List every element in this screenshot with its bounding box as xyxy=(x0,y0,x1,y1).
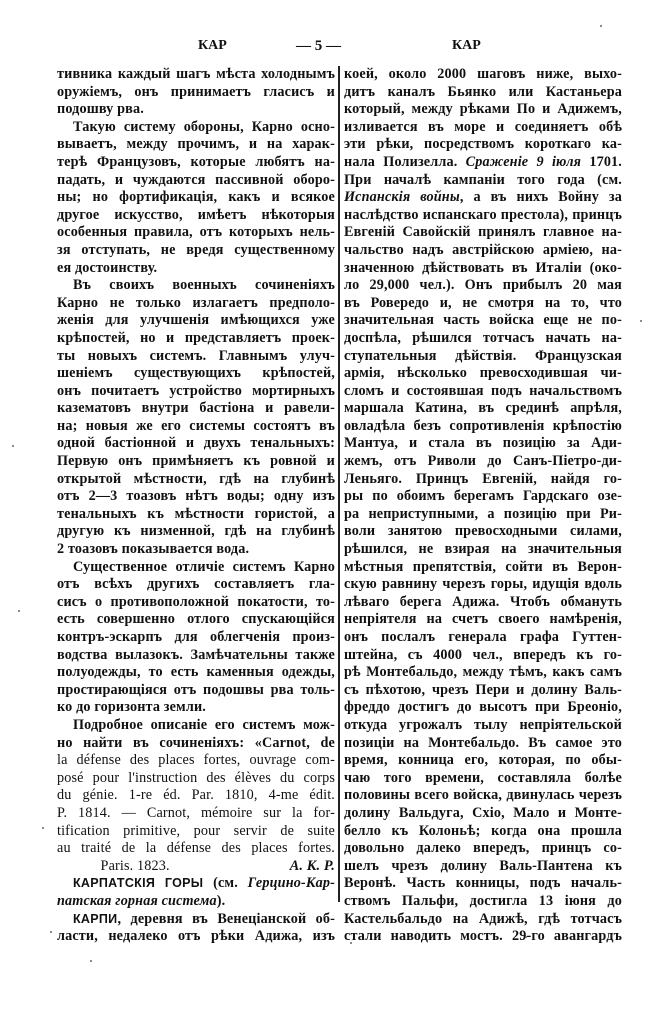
text-line: контръ-эскарпъ для облегченія произ- xyxy=(57,629,335,647)
entry-text: , деревня въ Венеціанской об- xyxy=(117,911,335,927)
text-line: Такую систему обороны, Карно осно- xyxy=(57,119,335,137)
text-line: овладѣла безъ сопротивленія крѣпостію xyxy=(344,418,622,436)
scan-speck xyxy=(12,445,14,447)
line-text: довольно далеко впередъ, принцъ со- xyxy=(344,840,622,856)
line-text: крѣпостей, но и представляетъ проек- xyxy=(57,330,335,346)
line-text: штейна, съ 4000 чел., впередъ къ го- xyxy=(344,647,622,663)
line-text: но найти въ сочиненіяхъ: «Carnot, de xyxy=(57,735,335,751)
line-text: сломъ и состоявшая подъ начальствомъ xyxy=(344,383,622,399)
line-text: маршала Катина, въ срединѣ апрѣля, xyxy=(344,400,622,416)
text-line: Веронѣ. Часть конницы, подъ началь- xyxy=(344,875,622,893)
line-text: шеніемъ существующихъ крѣпостей, xyxy=(57,365,335,381)
line-text: ты новыхъ системъ. Главнымъ улуч- xyxy=(57,348,335,364)
line-text: сисъ о противоположной покатости, то- xyxy=(57,594,335,610)
text-line: полуодежды, то есть каменныя одежды, xyxy=(57,664,335,682)
scan-speck xyxy=(350,942,352,944)
text-line: Въ своихъ военныхъ сочиненіяхъ xyxy=(57,277,335,295)
text-line: жемъ, отъ Риволи до Санъ-Піетро-ди- xyxy=(344,453,622,471)
text-line: который, между рѣками По и Адижемъ, xyxy=(344,101,622,119)
text-line: онъ почитаетъ устройство мортирныхъ xyxy=(57,383,335,401)
scan-speck xyxy=(600,25,602,27)
page-number: — 5 — xyxy=(296,38,341,55)
text-line: стали наводить мостъ. 29-го авангардъ xyxy=(344,928,622,946)
text-line: тивника каждый шагъ мѣста холоднымъ xyxy=(57,66,335,84)
line-text: долину Вальдуга, Схіо, Мало и Монте- xyxy=(344,805,622,821)
text-line: tification primitive, pour servir de sui… xyxy=(57,823,335,841)
text-line: Евгеній Савойскій принялъ главное на- xyxy=(344,224,622,242)
text-line: другую къ низменной, гдѣ на глубинѣ xyxy=(57,523,335,541)
see-suffix: ). xyxy=(217,893,226,909)
line-text: рѣ Монтебальдо, между тѣмъ, какъ самъ xyxy=(344,664,622,680)
text-line: подошву рва. xyxy=(57,101,335,119)
text-line: половины всего войска, двинулась черезъ xyxy=(344,787,622,805)
line-text: чальство надъ австрійскою арміею, на- xyxy=(344,242,622,258)
left-column: тивника каждый шагъ мѣста холоднымъоружі… xyxy=(57,66,335,946)
line-text: При началѣ кампаніи того года (см. xyxy=(344,172,622,188)
text-line: 2 тоазовъ показывается вода. xyxy=(57,541,335,559)
text-line: Первую онъ примѣняетъ къ ровной и xyxy=(57,453,335,471)
text-line: съ пѣхотою, чрезъ Пери и долину Валь- xyxy=(344,682,622,700)
text-line: рѣшился, не взирая на значительныя xyxy=(344,541,622,559)
text-line: тенальныхъ къ мѣстности гористой, а xyxy=(57,506,335,524)
text-line: la défense des places fortes, ouvrage co… xyxy=(57,752,335,770)
text-line: время, конница его, которая, по обы- xyxy=(344,752,622,770)
line-text: ны; но фортификація, какъ и всякое xyxy=(57,189,335,205)
line-text: Первую онъ примѣняетъ къ ровной и xyxy=(57,453,335,469)
text-line: открытой мѣстности, гдѣ на глубинѣ xyxy=(57,471,335,489)
text-line: Мантуа, и стала въ позицію за Ади- xyxy=(344,435,622,453)
text-line: ло 29,000 чел.). Онъ прибылъ 20 мая xyxy=(344,277,622,295)
line-text: женія для улучшенія имѣющихся уже xyxy=(57,312,335,328)
entry-karpi-line1: КАРПИ, деревня въ Венеціанской об- xyxy=(57,911,335,929)
see-reference-cont: патская горная система xyxy=(57,893,217,909)
line-text: изливается въ море и соединяетъ обѣ xyxy=(344,119,622,135)
line-text: ея достоинству. xyxy=(57,260,157,276)
line-text: ступательныя дѣйствія. Французская xyxy=(344,348,622,364)
text-line: казематовъ внутри бастіона и равели- xyxy=(57,400,335,418)
text-line: откуда угрожалъ тылу непріятельской xyxy=(344,717,622,735)
entry-headword: КАРПАТСКІЯ ГОРЫ xyxy=(73,876,203,890)
text-line: значенною дѣйствовать въ Италіи (око- xyxy=(344,260,622,278)
entry-text: ласти, недалеко отъ рѣки Адижа, изъ xyxy=(57,928,335,944)
line-text: овладѣла безъ сопротивленія крѣпостію xyxy=(344,418,622,434)
text-line: чаю того времени, составляла болѣе xyxy=(344,770,622,788)
line-text: особенныя правила, отъ которыхъ нель- xyxy=(57,224,335,240)
text-line: коей, около 2000 шаговъ ниже, выхо- xyxy=(344,66,622,84)
line-text: 2 тоазовъ показывается вода. xyxy=(57,541,249,557)
line-text: зя отступать, не вредя существенному xyxy=(57,242,335,258)
line-text: Paris. 1823. xyxy=(101,858,170,874)
line-text: воли занятою превосходными силами, xyxy=(344,523,622,539)
line-text: стали наводить мостъ. 29-го авангардъ xyxy=(344,928,622,944)
text-line: есть совершенно отлого спускающійся xyxy=(57,611,335,629)
line-text: водства вылазокъ. Замѣчательны также xyxy=(57,647,335,663)
line-text: Карно не только излагаетъ предполо- xyxy=(57,295,335,311)
text-line: водства вылазокъ. Замѣчательны также xyxy=(57,647,335,665)
text-line: сисъ о противоположной покатости, то- xyxy=(57,594,335,612)
line-text: отъ 2—3 тоазовъ нѣтъ воды; одну изъ xyxy=(57,488,335,504)
column-divider xyxy=(338,66,340,902)
line-text: лѣваго берега Адижа. Чтобъ обмануть xyxy=(344,594,622,610)
text-line: падать, и чуждаются пассивной оборо- xyxy=(57,172,335,190)
line-text: оружіемъ, онъ принимаетъ гласисъ и xyxy=(57,84,335,100)
text-line: отъ 2—3 тоазовъ нѣтъ воды; одну изъ xyxy=(57,488,335,506)
text-line: терѣ Французовъ, которые любятъ на- xyxy=(57,154,335,172)
text-line: доспѣла, рѣшился тотчасъ начать на- xyxy=(344,330,622,348)
line-text: онъ почитаетъ устройство мортирныхъ xyxy=(57,383,335,399)
text-line: Леньяго. Принцъ Евгеній, найдя го- xyxy=(344,471,622,489)
line-text: дитъ каналъ Бьянко или Кастаньера xyxy=(344,84,622,100)
text-line: фреддо достигъ до высотъ при Бреоніо, xyxy=(344,699,622,717)
text-line: Карно не только излагаетъ предполо- xyxy=(57,295,335,313)
text-line: наслѣдство испанскаго престола), принцъ xyxy=(344,207,622,225)
line-text: Веронѣ. Часть конницы, подъ началь- xyxy=(344,875,622,891)
scan-speck xyxy=(90,960,92,962)
text-line: шеніемъ существующихъ крѣпостей, xyxy=(57,365,335,383)
line-text: откуда угрожалъ тылу непріятельской xyxy=(344,717,622,733)
line-text: въ Ровередо и, не смотря на то, что xyxy=(344,295,622,311)
text-line: отъ всѣхъ другихъ составляетъ гла- xyxy=(57,576,335,594)
text-line: au traité de la défense des places forte… xyxy=(57,840,335,858)
see-reference: Герцино-Кар- xyxy=(248,875,335,891)
italic-reference: Сраженіе 9 іюля xyxy=(466,154,581,170)
text-line: Подробное описаніе его системъ мож- xyxy=(57,717,335,735)
text-line: на; новыя же его системы состоятъ въ xyxy=(57,418,335,436)
line-text: 1701. xyxy=(581,154,622,170)
text-line: ко до горизонта земли. xyxy=(57,699,335,717)
line-text: онъ послалъ генерала графа Гуттен- xyxy=(344,629,622,645)
text-line: ствомъ Пальфи, достигла 13 іюня до xyxy=(344,893,622,911)
text-line: женія для улучшенія имѣющихся уже xyxy=(57,312,335,330)
text-line: шелъ чрезъ долину Валь-Пантена къ xyxy=(344,858,622,876)
text-line: Paris. 1823.А. К. Р. xyxy=(57,858,335,876)
line-text: la défense des places fortes, ouvrage co… xyxy=(57,752,335,768)
line-text: Евгеній Савойскій принялъ главное на- xyxy=(344,224,622,240)
page-header: КАР — 5 — КАР xyxy=(0,38,650,58)
line-text: Подробное описаніе его системъ мож- xyxy=(73,717,335,733)
line-text: Кастельбальдо на Адижѣ, гдѣ тотчасъ xyxy=(344,911,622,927)
line-text: армія, нѣсколько превосходившая чи- xyxy=(344,365,622,381)
running-head-left: КАР xyxy=(198,38,227,54)
line-text: вываетъ, между прочимъ, и на харак- xyxy=(57,136,335,152)
line-text: коей, около 2000 шаговъ ниже, выхо- xyxy=(344,66,622,82)
line-text: значенною дѣйствовать въ Италіи (око- xyxy=(344,260,622,276)
text-line: мѣстныя препятствія, сойти въ Верон- xyxy=(344,559,622,577)
text-line: значительная часть войска еще не по- xyxy=(344,312,622,330)
text-line: Кастельбальдо на Адижѣ, гдѣ тотчасъ xyxy=(344,911,622,929)
text-line: оружіемъ, онъ принимаетъ гласисъ и xyxy=(57,84,335,102)
text-line: ры по обоимъ берегамъ Гардскаго озе- xyxy=(344,488,622,506)
scan-speck xyxy=(140,935,142,937)
text-line: вываетъ, между прочимъ, и на харак- xyxy=(57,136,335,154)
text-line: долину Вальдуга, Схіо, Мало и Монте- xyxy=(344,805,622,823)
text-line: довольно далеко впередъ, принцъ со- xyxy=(344,840,622,858)
line-text: рѣшился, не взирая на значительныя xyxy=(344,541,622,557)
line-text: P. 1814. — Carnot, mémoire sur la for- xyxy=(57,805,335,821)
text-line: штейна, съ 4000 чел., впередъ къ го- xyxy=(344,647,622,665)
text-line: но найти въ сочиненіяхъ: «Carnot, de xyxy=(57,735,335,753)
line-text: казематовъ внутри бастіона и равели- xyxy=(57,400,335,416)
text-line: Существенное отличіе системъ Карно xyxy=(57,559,335,577)
line-text: который, между рѣками По и Адижемъ, xyxy=(344,101,622,117)
scan-speck xyxy=(42,827,44,829)
text-line: позиціи на Монтебальдо. Въ самое это xyxy=(344,735,622,753)
text-line: въ Ровередо и, не смотря на то, что xyxy=(344,295,622,313)
text-line: сломъ и состоявшая подъ начальствомъ xyxy=(344,383,622,401)
scan-speck xyxy=(525,936,527,938)
entry-karpi-line2: ласти, недалеко отъ рѣки Адижа, изъ xyxy=(57,928,335,946)
line-text: другую къ низменной, гдѣ на глубинѣ xyxy=(57,523,335,539)
text-line: ступательныя дѣйствія. Французская xyxy=(344,348,622,366)
line-text: есть совершенно отлого спускающійся xyxy=(57,611,335,627)
line-text: на; новыя же его системы состоятъ въ xyxy=(57,418,335,434)
text-line: posé pour l'instruction des élèves du co… xyxy=(57,770,335,788)
text-line: особенныя правила, отъ которыхъ нель- xyxy=(57,224,335,242)
line-text: тивника каждый шагъ мѣста холоднымъ xyxy=(57,66,335,82)
line-text: половины всего войска, двинулась черезъ xyxy=(344,787,622,803)
text-line: простирающіяся отъ подошвы рва толь- xyxy=(57,682,335,700)
scan-speck xyxy=(18,610,20,612)
text-line: армія, нѣсколько превосходившая чи- xyxy=(344,365,622,383)
line-text: полуодежды, то есть каменныя одежды, xyxy=(57,664,335,680)
line-text: posé pour l'instruction des élèves du co… xyxy=(57,770,335,786)
line-text: тенальныхъ къ мѣстности гористой, а xyxy=(57,506,335,522)
entry-karpatskie-line1: КАРПАТСКІЯ ГОРЫ (см. Герцино-Кар- xyxy=(57,875,335,893)
scan-speck xyxy=(50,931,52,933)
line-text: чаю того времени, составляла болѣе xyxy=(344,770,622,786)
text-line: рѣ Монтебальдо, между тѣмъ, какъ самъ xyxy=(344,664,622,682)
author-signature: А. К. Р. xyxy=(290,858,335,874)
line-text: доспѣла, рѣшился тотчасъ начать на- xyxy=(344,330,622,346)
text-line: скую равнину черезъ горы, идущія вдоль xyxy=(344,576,622,594)
entry-karpatskie-line2: патская горная система). xyxy=(57,893,335,911)
line-text: шелъ чрезъ долину Валь-Пантена къ xyxy=(344,858,622,874)
line-text: Существенное отличіе системъ Карно xyxy=(73,559,335,575)
line-text: au traité de la défense des places forte… xyxy=(57,840,335,856)
text-line: воли занятою превосходными силами, xyxy=(344,523,622,541)
text-line: эти рѣки, посредствомъ короткаго ка- xyxy=(344,136,622,154)
line-text: контръ-эскарпъ для облегченія произ- xyxy=(57,629,335,645)
text-line: P. 1814. — Carnot, mémoire sur la for- xyxy=(57,805,335,823)
line-text: Такую систему обороны, Карно осно- xyxy=(73,119,335,135)
line-text: наслѣдство испанскаго престола), принцъ xyxy=(344,207,622,223)
line-text: ры по обоимъ берегамъ Гардскаго озе- xyxy=(344,488,622,504)
line-text: Леньяго. Принцъ Евгеній, найдя го- xyxy=(344,471,622,487)
italic-reference: Испанскія войны xyxy=(344,189,460,205)
line-text: подошву рва. xyxy=(57,101,144,117)
line-text: ко до горизонта земли. xyxy=(57,699,206,715)
text-line: При началѣ кампаніи того года (см. xyxy=(344,172,622,190)
line-text: время, конница его, которая, по обы- xyxy=(344,752,622,768)
line-text: позиціи на Монтебальдо. Въ самое это xyxy=(344,735,622,751)
line-text: эти рѣки, посредствомъ короткаго ка- xyxy=(344,136,622,152)
text-line: маршала Катина, въ срединѣ апрѣля, xyxy=(344,400,622,418)
line-text: отъ всѣхъ другихъ составляетъ гла- xyxy=(57,576,335,592)
line-text: простирающіяся отъ подошвы рва толь- xyxy=(57,682,335,698)
scan-speck xyxy=(640,320,642,322)
text-line: белло къ Колоньѣ; когда она прошла xyxy=(344,823,622,841)
line-text: падать, и чуждаются пассивной оборо- xyxy=(57,172,335,188)
line-text: ра неприступными, а позицію при Ри- xyxy=(344,506,622,522)
text-line: зя отступать, не вредя существенному xyxy=(57,242,335,260)
line-text: Мантуа, и стала въ позицію за Ади- xyxy=(344,435,622,451)
right-column: коей, около 2000 шаговъ ниже, выхо-дитъ … xyxy=(344,66,622,946)
text-line: ея достоинству. xyxy=(57,260,335,278)
line-text: , а въ нихъ Войну за xyxy=(460,189,622,205)
text-line: ты новыхъ системъ. Главнымъ улуч- xyxy=(57,348,335,366)
text-line: изливается въ море и соединяетъ обѣ xyxy=(344,119,622,137)
line-text: белло къ Колоньѣ; когда она прошла xyxy=(344,823,622,839)
line-text: другое искусство, имѣетъ нѣкоторыя xyxy=(57,207,335,223)
text-line: непріятеля на счетъ своего намѣренія, xyxy=(344,611,622,629)
text-line: ра неприступными, а позицію при Ри- xyxy=(344,506,622,524)
text-line: онъ послалъ генерала графа Гуттен- xyxy=(344,629,622,647)
line-text: нала Полизелла. xyxy=(344,154,466,170)
line-text: терѣ Французовъ, которые любятъ на- xyxy=(57,154,335,170)
line-text: мѣстныя препятствія, сойти въ Верон- xyxy=(344,559,622,575)
text-line: ны; но фортификація, какъ и всякое xyxy=(57,189,335,207)
line-text: tification primitive, pour servir de sui… xyxy=(57,823,335,839)
line-text: скую равнину черезъ горы, идущія вдоль xyxy=(344,576,622,592)
text-line: одной бастіонной и двухъ тенальныхъ: xyxy=(57,435,335,453)
text-line: крѣпостей, но и представляетъ проек- xyxy=(57,330,335,348)
line-text: ло 29,000 чел.). Онъ прибылъ 20 мая xyxy=(344,277,622,293)
text-line: дитъ каналъ Бьянко или Кастаньера xyxy=(344,84,622,102)
text-line: другое искусство, имѣетъ нѣкоторыя xyxy=(57,207,335,225)
line-text: du génie. 1-re éd. Par. 1810, 4-me édit. xyxy=(57,787,335,803)
line-text: ствомъ Пальфи, достигла 13 іюня до xyxy=(344,893,622,909)
line-text: съ пѣхотою, чрезъ Пери и долину Валь- xyxy=(344,682,622,698)
running-head-right: КАР xyxy=(452,38,481,54)
line-text: значительная часть войска еще не по- xyxy=(344,312,622,328)
line-text: открытой мѣстности, гдѣ на глубинѣ xyxy=(57,471,335,487)
line-text: фреддо достигъ до высотъ при Бреоніо, xyxy=(344,699,622,715)
text-line: нала Полизелла. Сраженіе 9 іюля 1701. xyxy=(344,154,622,172)
line-text: одной бастіонной и двухъ тенальныхъ: xyxy=(57,435,335,451)
entry-headword: КАРПИ xyxy=(73,912,117,926)
text-line: чальство надъ австрійскою арміею, на- xyxy=(344,242,622,260)
line-text: жемъ, отъ Риволи до Санъ-Піетро-ди- xyxy=(344,453,622,469)
text-line: лѣваго берега Адижа. Чтобъ обмануть xyxy=(344,594,622,612)
see-prefix: (см. xyxy=(213,875,238,891)
line-text: непріятеля на счетъ своего намѣренія, xyxy=(344,611,622,627)
text-line: Испанскія войны, а въ нихъ Войну за xyxy=(344,189,622,207)
text-line: du génie. 1-re éd. Par. 1810, 4-me édit. xyxy=(57,787,335,805)
line-text: Въ своихъ военныхъ сочиненіяхъ xyxy=(73,277,335,293)
